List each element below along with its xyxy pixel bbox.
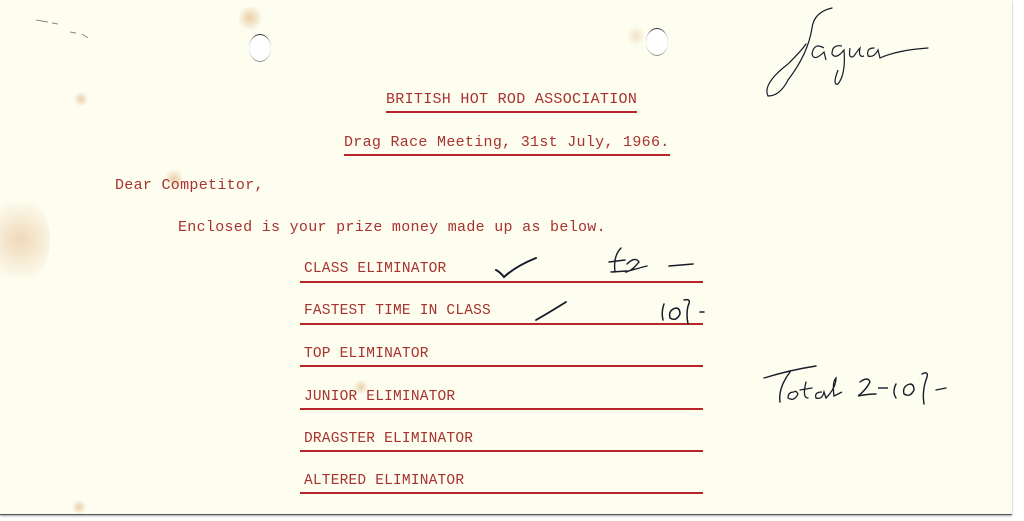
checkmark-icon xyxy=(494,256,540,280)
prize-row-underline xyxy=(300,281,703,283)
prize-row-label: CLASS ELIMINATOR xyxy=(304,261,446,277)
prize-row-label: DRAGSTER ELIMINATOR xyxy=(304,431,473,447)
association-heading: BRITISH HOT ROD ASSOCIATION xyxy=(386,91,637,113)
amount-two-pounds xyxy=(605,246,697,276)
prize-row-underline xyxy=(300,408,703,410)
stain-top xyxy=(238,6,262,30)
prize-row-label: JUNIOR ELIMINATOR xyxy=(304,389,455,405)
punch-hole-left xyxy=(249,34,271,62)
meeting-subheading: Drag Race Meeting, 31st July, 1966. xyxy=(344,134,670,156)
handwritten-total xyxy=(760,362,970,412)
stain-left xyxy=(74,92,88,106)
stain-left-edge xyxy=(0,195,50,285)
salutation: Dear Competitor, xyxy=(115,177,264,194)
prize-row-label: FASTEST TIME IN CLASS xyxy=(304,303,491,319)
pencil-marks xyxy=(34,16,94,46)
prize-row-underline xyxy=(300,323,703,325)
prize-row-underline xyxy=(300,365,703,367)
prize-row-label: TOP ELIMINATOR xyxy=(304,346,429,362)
prize-row-underline xyxy=(300,492,703,494)
body-text: Enclosed is your prize money made up as … xyxy=(178,219,606,236)
prize-row-underline xyxy=(300,450,703,452)
prize-row-label: ALTERED ELIMINATOR xyxy=(304,473,464,489)
amount-ten-shillings xyxy=(658,296,714,326)
checkmark-icon xyxy=(534,300,570,324)
handwritten-name-jaguar xyxy=(758,4,938,100)
prize-letter: BRITISH HOT ROD ASSOCIATION Drag Race Me… xyxy=(0,0,1012,515)
stain-hole-right xyxy=(628,26,644,46)
punch-hole-right xyxy=(646,28,668,56)
stain-bottom-left xyxy=(72,500,86,514)
